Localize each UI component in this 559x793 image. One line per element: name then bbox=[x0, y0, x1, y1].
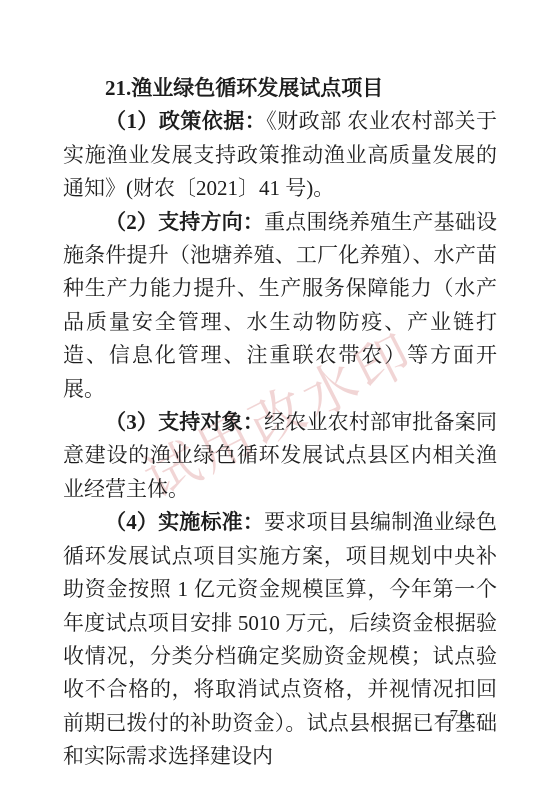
section-heading: 21.渔业绿色循环发展试点项目 bbox=[63, 72, 497, 105]
paragraph-label: （4）实施标准： bbox=[105, 510, 264, 534]
paragraph-implementation-standard: （4）实施标准：要求项目县编制渔业绿色循环发展试点项目实施方案，项目规划中央补助… bbox=[63, 506, 497, 773]
paragraph-text: 要求项目县编制渔业绿色循环发展试点项目实施方案，项目规划中央补助资金按照 1 亿… bbox=[63, 510, 497, 768]
paragraph-support-direction: （2）支持方向：重点围绕养殖生产基础设施条件提升（池塘养殖、工厂化养殖）、水产苗… bbox=[63, 206, 497, 406]
paragraph-support-target: （3）支持对象：经农业农村部审批备案同意建设的渔业绿色循环发展试点县区内相关渔业… bbox=[63, 406, 497, 506]
paragraph-label: （1）政策依据： bbox=[105, 109, 266, 133]
paragraph-label: （2）支持方向： bbox=[105, 210, 264, 234]
document-page: 试用改水印 21.渔业绿色循环发展试点项目 （1）政策依据：《财政部 农业农村部… bbox=[0, 0, 559, 793]
paragraph-label: （3）支持对象： bbox=[105, 410, 264, 434]
page-number: - 79 - bbox=[430, 706, 490, 726]
paragraph-text: 重点围绕养殖生产基础设施条件提升（池塘养殖、工厂化养殖）、水产苗种生产力能力提升… bbox=[63, 210, 497, 401]
paragraph-policy-basis: （1）政策依据：《财政部 农业农村部关于实施渔业发展支持政策推动渔业高质量发展的… bbox=[63, 105, 497, 205]
page-content: 21.渔业绿色循环发展试点项目 （1）政策依据：《财政部 农业农村部关于实施渔业… bbox=[63, 72, 497, 774]
